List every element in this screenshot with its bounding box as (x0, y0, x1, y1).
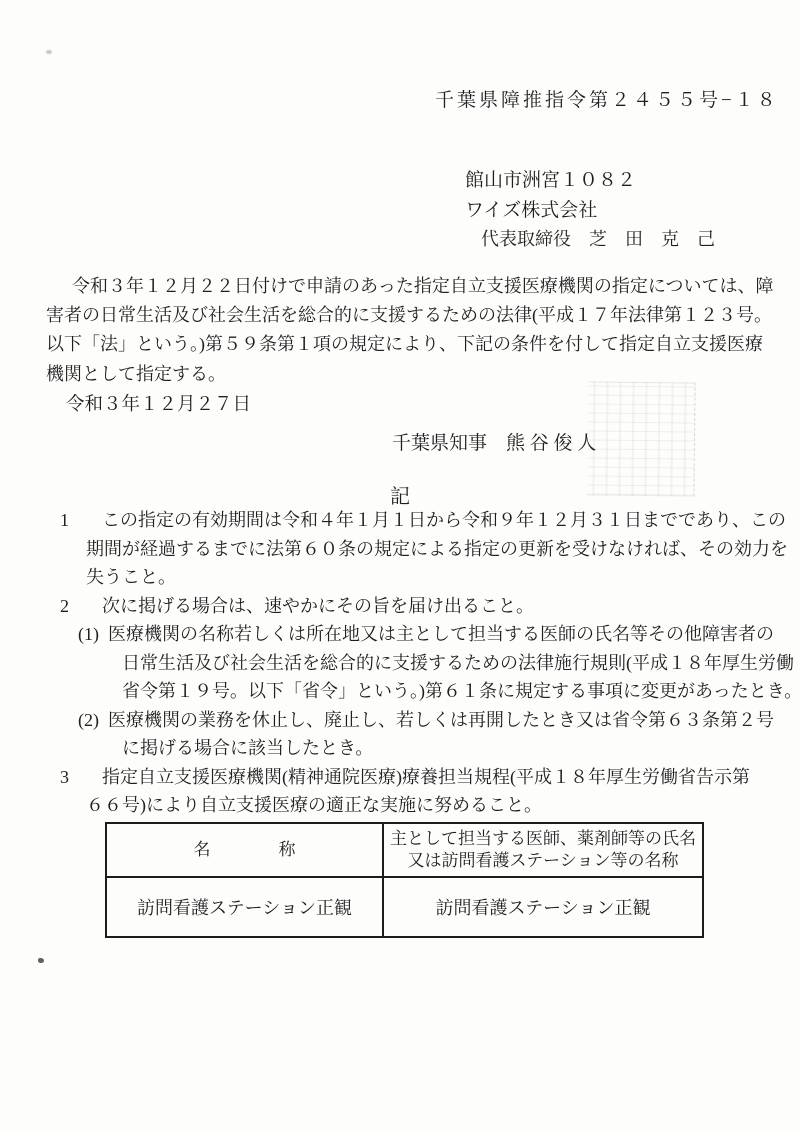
table-header-doctor-line1: 主として担当する医師、薬剤師等の氏名 (390, 828, 696, 850)
condition-marker: (2) (78, 706, 108, 735)
table-header-doctor-line2: 又は訪問看護ステーション等の名称 (408, 850, 679, 872)
recipient-address: 館山市洲宮１０８２ (465, 166, 715, 196)
condition-text: 失うこと。 (46, 563, 796, 592)
recipient-block: 館山市洲宮１０８２ ワイズ株式会社 代表取締役 芝 田 克 己 (465, 166, 715, 255)
table-header-row: 名 称 主として担当する医師、薬剤師等の氏名 又は訪問看護ステーション等の名称 (107, 824, 702, 878)
condition-marker: (1) (78, 620, 108, 649)
recipient-representative: 代表取締役 芝 田 克 己 (481, 225, 715, 255)
table-row: 訪問看護ステーション正観 訪問看護ステーション正観 (107, 878, 702, 936)
condition-text: 期間が経過するまでに法第６０条の規定による指定の更新を受けなければ、その効力を (46, 535, 796, 564)
scan-artifact-dot (38, 958, 44, 963)
scan-artifact-dot (46, 50, 52, 54)
table-header-doctor: 主として担当する医師、薬剤師等の氏名 又は訪問看護ステーション等の名称 (384, 824, 702, 876)
condition-text: ６６号)により自立支援医療の適正な実施に努めること。 (46, 791, 796, 820)
paragraph-line: 以下「法」という。)第５９条第１項の規定により、下記の条件を付して指定自立支援医… (46, 330, 796, 359)
document-page: 千葉県障推指令第２４５５号−１８ 館山市洲宮１０８２ ワイズ株式会社 代表取締役… (0, 0, 800, 1131)
condition-text: 省令第１９号。以下「省令」という。)第６１条に規定する事項に変更があったとき。 (46, 677, 796, 706)
issue-date: 令和３年１２月２７日 (66, 390, 251, 416)
condition-text: 医療機関の名称若しくは所在地又は主として担当する医師の氏名等その他障害者の (108, 624, 774, 644)
paragraph-line: 害者の日常生活及び社会生活を総合的に支援するための法律(平成１７年法律第１２３号… (46, 301, 796, 330)
conditions-list: 1この指定の有効期間は令和４年１月１日から令和９年１２月３１日までであり、この … (46, 506, 796, 820)
condition-item-3: 3指定自立支援医療機関(精神通院医療)療養担当規程(平成１８年厚生労働省告示第 … (46, 763, 796, 820)
condition-item-2-1: (1)医療機関の名称若しくは所在地又は主として担当する医師の氏名等その他障害者の… (46, 620, 796, 706)
condition-item-1: 1この指定の有効期間は令和４年１月１日から令和９年１２月３１日までであり、この … (46, 506, 796, 592)
table-header-name: 名 称 (107, 824, 384, 876)
condition-text: に掲げる場合に該当したとき。 (46, 734, 796, 763)
condition-text: 医療機関の業務を休止し、廃止し、若しくは再開したとき又は省令第６３条第２号 (108, 710, 774, 730)
condition-text: 指定自立支援医療機関(精神通院医療)療養担当規程(平成１８年厚生労働省告示第 (102, 767, 750, 787)
condition-marker: 1 (60, 506, 102, 535)
record-heading: 記 (0, 480, 800, 509)
official-seal-stamp (587, 381, 694, 494)
paragraph-line: 令和３年１２月２２日付けで申請のあった指定自立支援医療機関の指定については、障 (46, 272, 796, 301)
table-cell-doctor: 訪問看護ステーション正観 (384, 878, 702, 936)
table-cell-name: 訪問看護ステーション正観 (107, 878, 384, 936)
designation-table: 名 称 主として担当する医師、薬剤師等の氏名 又は訪問看護ステーション等の名称 … (105, 822, 704, 938)
document-number: 千葉県障推指令第２４５５号−１８ (435, 85, 779, 112)
condition-text: この指定の有効期間は令和４年１月１日から令和９年１２月３１日までであり、この (102, 510, 786, 530)
condition-item-2: 2次に掲げる場合は、速やかにその旨を届け出ること。 (46, 592, 796, 621)
governor-signature: 千葉県知事 熊 谷 俊 人 (392, 428, 596, 455)
condition-item-2-2: (2)医療機関の業務を休止し、廃止し、若しくは再開したとき又は省令第６３条第２号… (46, 706, 796, 763)
recipient-company: ワイズ株式会社 (465, 196, 715, 226)
condition-text: 日常生活及び社会生活を総合的に支援するための法律施行規則(平成１８年厚生労働 (46, 649, 796, 678)
condition-marker: 2 (60, 592, 102, 621)
main-paragraph: 令和３年１２月２２日付けで申請のあった指定自立支援医療機関の指定については、障 … (46, 272, 796, 389)
condition-marker: 3 (60, 763, 102, 792)
condition-text: 次に掲げる場合は、速やかにその旨を届け出ること。 (102, 596, 534, 616)
